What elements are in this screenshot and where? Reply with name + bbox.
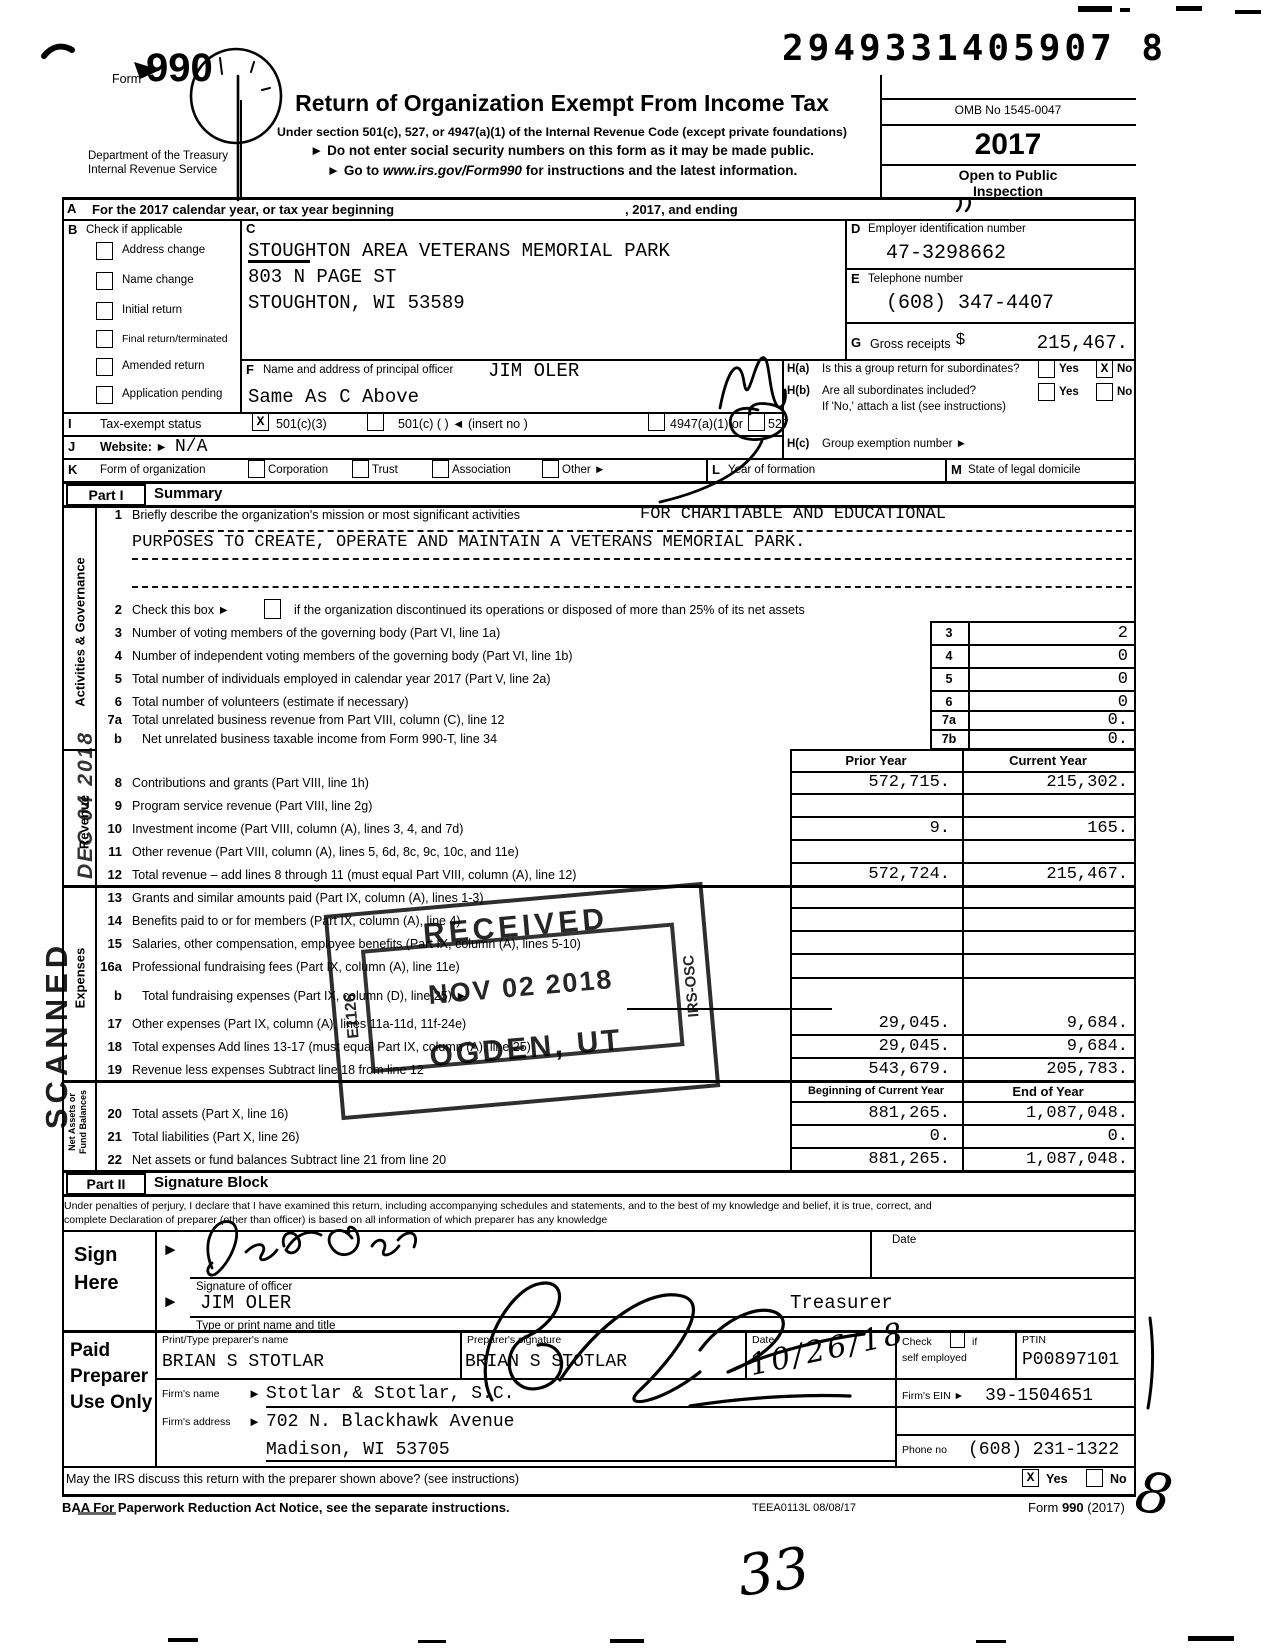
count-label: Number of independent voting members of … bbox=[132, 649, 573, 663]
officer-title: Treasurer bbox=[790, 1292, 893, 1314]
divider bbox=[895, 1434, 1136, 1436]
divider bbox=[62, 412, 782, 414]
section-f-letter: F bbox=[246, 362, 254, 377]
checkbox-trust bbox=[352, 460, 369, 478]
check-if-label: if bbox=[972, 1336, 977, 1348]
label-address-change: Address change bbox=[122, 244, 205, 256]
line-a-letter: A bbox=[67, 201, 76, 216]
divider bbox=[240, 100, 242, 197]
arrow-icon: ► bbox=[162, 1240, 179, 1260]
firm-name-label: Firm's name bbox=[162, 1388, 219, 1400]
divider bbox=[962, 749, 964, 1170]
prior-value: 543,679. bbox=[792, 1060, 950, 1079]
line-number: 13 bbox=[88, 890, 122, 905]
label-application-pending: Application pending bbox=[122, 388, 222, 400]
pen-quote-mark bbox=[957, 198, 970, 211]
line-i-letter: I bbox=[68, 416, 72, 431]
line-number: 6 bbox=[88, 694, 122, 709]
ha-no-label: No bbox=[1117, 363, 1132, 375]
preparer-sig-label: Preparer's signature bbox=[467, 1334, 561, 1346]
use-only-word: Use Only bbox=[70, 1392, 152, 1414]
scan-artifact bbox=[1120, 8, 1130, 12]
firm-ein-value: 39-1504651 bbox=[985, 1386, 1093, 1406]
bullet2-url: www.irs.gov/Form990 bbox=[383, 163, 522, 178]
divider bbox=[240, 359, 1136, 361]
divider bbox=[266, 1460, 895, 1462]
divider bbox=[782, 359, 784, 458]
col-header-beginning: Beginning of Current Year bbox=[790, 1085, 962, 1097]
divider bbox=[62, 435, 782, 437]
scanned-stamp-date: DEC 04 2018 bbox=[74, 731, 98, 879]
department-line1: Department of the Treasury bbox=[88, 150, 228, 162]
org-name: STOUGHTON AREA VETERANS MEMORIAL PARK bbox=[248, 240, 670, 262]
checkbox-501c3: X bbox=[252, 413, 269, 431]
line-number: 5 bbox=[88, 671, 122, 686]
end-value: 1,087,048. bbox=[968, 1104, 1128, 1123]
ha-yes-label: Yes bbox=[1059, 363, 1079, 375]
line-number: 14 bbox=[88, 913, 122, 928]
divider bbox=[930, 690, 1136, 692]
pen-circle-marks bbox=[220, 58, 270, 90]
checkbox-discuss-yes: X bbox=[1022, 1469, 1039, 1487]
count-box-number: 3 bbox=[930, 626, 968, 640]
org-city: STOUGHTON, WI 53589 bbox=[248, 292, 465, 314]
label-corporation: Corporation bbox=[268, 464, 328, 476]
ha-letter: H(a) bbox=[787, 363, 809, 375]
col-header-prior-year: Prior Year bbox=[790, 753, 962, 768]
count-label: Number of voting members of the governin… bbox=[132, 626, 500, 640]
form-footer: Form 990 (2017) bbox=[1028, 1500, 1125, 1515]
count-label: Total number of volunteers (estimate if … bbox=[132, 695, 409, 709]
perjury-line1: Under penalties of perjury, I declare th… bbox=[64, 1200, 932, 1212]
divider bbox=[62, 1494, 1136, 1497]
handwritten-mark-33: 33 bbox=[734, 1535, 814, 1609]
checkbox-4947a1 bbox=[648, 413, 665, 431]
count-value: 0. bbox=[975, 711, 1128, 730]
line-number: 1 bbox=[88, 507, 122, 522]
divider bbox=[1015, 1330, 1017, 1378]
open-to-public-1: Open to Public bbox=[880, 167, 1136, 183]
divider bbox=[790, 1147, 1136, 1149]
current-value: 215,467. bbox=[968, 865, 1128, 884]
handwritten-preparer-date: 10/26/18 bbox=[746, 1316, 909, 1383]
divider bbox=[62, 1170, 1136, 1173]
divider bbox=[155, 1378, 1136, 1380]
arrow-icon: ► bbox=[248, 1414, 261, 1429]
checkbox-discuss-no bbox=[1086, 1469, 1103, 1487]
checkbox-hb-yes bbox=[1038, 383, 1055, 401]
divider bbox=[240, 219, 242, 412]
line-j-label: Website: ► bbox=[100, 440, 168, 454]
date-label: Date bbox=[892, 1234, 916, 1246]
prior-value: 29,045. bbox=[792, 1014, 950, 1033]
part1-title: Summary bbox=[154, 485, 222, 502]
row-label: Investment income (Part VIII, column (A)… bbox=[132, 822, 463, 836]
row-label: Net assets or fund balances Subtract lin… bbox=[132, 1153, 446, 1167]
row-label: Contributions and grants (Part VIII, lin… bbox=[132, 776, 369, 790]
divider bbox=[62, 1194, 1136, 1197]
label-501c-other: 501(c) ( ) ◄ (insert no ) bbox=[398, 417, 528, 431]
phone-value: (608) 347-4407 bbox=[886, 292, 1054, 315]
department-line2: Internal Revenue Service bbox=[88, 164, 217, 176]
line-number: 4 bbox=[88, 648, 122, 663]
arrow-icon: ► bbox=[162, 1292, 179, 1312]
count-label: Net unrelated business taxable income fr… bbox=[142, 732, 497, 746]
checkbox-501c-other bbox=[367, 413, 384, 431]
firm-address-label: Firm's address bbox=[162, 1416, 231, 1428]
line-number: 16a bbox=[88, 959, 122, 974]
line-number: 7a bbox=[88, 712, 122, 727]
line-k-letter: K bbox=[68, 462, 77, 477]
firm-name-value: Stotlar & Stotlar, S.C. bbox=[266, 1384, 514, 1404]
preparer-typed-name: BRIAN S STOTLAR bbox=[162, 1352, 324, 1372]
line2-label: Check this box ► bbox=[132, 603, 230, 617]
divider bbox=[190, 1316, 1136, 1318]
omb-number: OMB No 1545-0047 bbox=[880, 103, 1136, 117]
count-box-number: 5 bbox=[930, 672, 968, 686]
section-b-letter: B bbox=[68, 222, 77, 237]
discuss-yes-label: Yes bbox=[1046, 1472, 1068, 1486]
form-footer-number: 990 bbox=[1062, 1500, 1084, 1515]
line-j-letter: J bbox=[68, 439, 75, 454]
prior-value: 572,715. bbox=[792, 773, 950, 792]
scan-artifact bbox=[1235, 10, 1261, 14]
line-number: 18 bbox=[88, 1039, 122, 1054]
divider bbox=[62, 1330, 1136, 1333]
count-box-number: 7b bbox=[930, 732, 968, 746]
scan-artifact bbox=[78, 1512, 116, 1515]
form-footer-pre: Form bbox=[1028, 1500, 1062, 1515]
pen-flick-top-left bbox=[44, 47, 72, 56]
divider bbox=[930, 621, 1136, 623]
line-number: 17 bbox=[88, 1016, 122, 1031]
hc-letter: H(c) bbox=[787, 438, 809, 450]
line-number: 3 bbox=[88, 625, 122, 640]
current-value: 215,302. bbox=[968, 773, 1128, 792]
line-number: b bbox=[88, 988, 122, 1003]
divider bbox=[460, 1330, 462, 1378]
checkbox-527 bbox=[748, 413, 765, 431]
tax-year: 2017 bbox=[880, 128, 1136, 162]
preparer-sig-typed: BRIAN S STOTLAR bbox=[465, 1352, 627, 1372]
section-e-label: Telephone number bbox=[868, 273, 963, 285]
bullet2-post: for instructions and the latest informat… bbox=[522, 163, 797, 178]
received-stamp-left-code: E1126 bbox=[342, 992, 364, 1039]
checkbox-other bbox=[542, 460, 559, 478]
sidebar-activities-governance: Activities & Governance bbox=[73, 557, 88, 707]
line-k-label: Form of organization bbox=[100, 464, 205, 476]
hc-text: Group exemption number ► bbox=[822, 438, 967, 450]
label-other: Other ► bbox=[562, 464, 605, 476]
gross-receipts-value: 215,467. bbox=[964, 332, 1128, 354]
label-initial-return: Initial return bbox=[122, 304, 182, 316]
firm-address-value: 702 N. Blackhawk Avenue bbox=[266, 1412, 514, 1432]
count-value: 0 bbox=[975, 647, 1128, 666]
divider bbox=[845, 322, 1134, 324]
ein-value: 47-3298662 bbox=[886, 242, 1006, 265]
checkbox-address-change bbox=[96, 242, 113, 260]
ptin-label: PTIN bbox=[1022, 1334, 1046, 1346]
count-label: Total unrelated business revenue from Pa… bbox=[132, 713, 504, 727]
count-value: 2 bbox=[975, 624, 1128, 643]
part1-box: Part I bbox=[66, 484, 146, 506]
hb-letter: H(b) bbox=[787, 385, 810, 397]
checkbox-ha-no: X bbox=[1096, 360, 1113, 378]
divider bbox=[62, 219, 1136, 221]
divider bbox=[266, 1406, 1136, 1408]
phone-label: Phone no bbox=[902, 1444, 947, 1456]
checkbox-ha-yes bbox=[1038, 360, 1055, 378]
barcode-number: 2949331405907 8 bbox=[782, 28, 1167, 69]
divider bbox=[790, 1057, 1136, 1059]
divider bbox=[880, 164, 1136, 166]
org-address: 803 N PAGE ST bbox=[248, 266, 396, 288]
checkbox-corporation bbox=[248, 460, 265, 478]
here-word: Here bbox=[74, 1272, 118, 1295]
checkbox-final-return bbox=[96, 330, 113, 348]
line-number: 19 bbox=[88, 1062, 122, 1077]
baa-notice: BAA For Paperwork Reduction Act Notice, … bbox=[62, 1500, 510, 1515]
divider bbox=[930, 644, 1136, 646]
scan-artifact bbox=[168, 1638, 198, 1642]
divider bbox=[930, 667, 1136, 669]
form-word: Form bbox=[112, 72, 141, 86]
line2-rest: if the organization discontinued its ope… bbox=[294, 603, 805, 617]
scan-artifact bbox=[1176, 6, 1202, 11]
line-number: 21 bbox=[88, 1129, 122, 1144]
line-number: 2 bbox=[88, 602, 122, 617]
arrow-icon: ► bbox=[248, 1386, 261, 1401]
officer-typed-name: JIM OLER bbox=[200, 1292, 291, 1314]
divider bbox=[790, 1034, 1136, 1036]
section-b-label: Check if applicable bbox=[86, 224, 183, 236]
divider bbox=[62, 1466, 1136, 1468]
label-501c3: 501(c)(3) bbox=[276, 417, 327, 431]
col-header-current-year: Current Year bbox=[962, 753, 1134, 768]
discuss-no-label: No bbox=[1110, 1472, 1127, 1486]
section-g-letter: G bbox=[851, 335, 861, 350]
label-final-return: Final return/terminated bbox=[122, 333, 228, 345]
scanned-stamp-word: SCANNED bbox=[39, 941, 75, 1129]
line-a-text2: , 2017, and ending bbox=[625, 202, 738, 217]
label-527: 527 bbox=[768, 417, 789, 431]
divider bbox=[62, 481, 1136, 484]
mission-text-2: PURPOSES TO CREATE, OPERATE AND MAINTAIN… bbox=[132, 533, 805, 552]
line-number: 22 bbox=[88, 1152, 122, 1167]
current-value: 9,684. bbox=[968, 1014, 1128, 1033]
section-c-letter: C bbox=[246, 221, 255, 236]
count-box-number: 7a bbox=[930, 713, 968, 727]
divider bbox=[870, 1230, 872, 1277]
perjury-line2: complete Declaration of preparer (other … bbox=[64, 1214, 607, 1226]
line-l-label: Year of formation bbox=[728, 464, 815, 476]
divider bbox=[790, 1101, 1136, 1103]
label-association: Association bbox=[452, 464, 511, 476]
row-label: Total revenue – add lines 8 through 11 (… bbox=[132, 868, 576, 882]
part2-box: Part II bbox=[66, 1173, 146, 1195]
divider bbox=[790, 816, 1136, 818]
mission-text-1: FOR CHARITABLE AND EDUCATIONAL bbox=[640, 505, 946, 524]
divider bbox=[880, 124, 1136, 126]
dashed-line bbox=[132, 586, 1132, 588]
same-as-c-above: Same As C Above bbox=[248, 386, 419, 408]
checkbox-name-change bbox=[96, 272, 113, 290]
hb-yes-label: Yes bbox=[1059, 386, 1079, 398]
section-d-letter: D bbox=[851, 221, 860, 236]
divider bbox=[790, 839, 1136, 841]
sign-word: Sign bbox=[74, 1244, 117, 1267]
underline-mark bbox=[248, 260, 310, 263]
divider bbox=[880, 98, 1136, 100]
divider bbox=[62, 885, 1136, 888]
prior-value: 29,045. bbox=[792, 1037, 950, 1056]
form-990-scan-page: 2949331405907 8 Form 990 Department of t… bbox=[0, 0, 1264, 1648]
line-l-letter: L bbox=[712, 462, 720, 477]
scan-artifact bbox=[1188, 1636, 1234, 1641]
divider bbox=[790, 862, 1136, 864]
label-trust: Trust bbox=[372, 464, 398, 476]
dashed-line bbox=[168, 530, 1132, 532]
checkbox-association bbox=[432, 460, 449, 478]
line-m-label: State of legal domicile bbox=[968, 464, 1081, 476]
count-box-number: 6 bbox=[930, 695, 968, 709]
mission-label: Briefly describe the organization's miss… bbox=[132, 508, 520, 522]
current-value: 9,684. bbox=[968, 1037, 1128, 1056]
line-i-label: Tax-exempt status bbox=[100, 417, 201, 431]
ptin-value: P00897101 bbox=[1022, 1350, 1119, 1370]
row-label: Other revenue (Part VIII, column (A), li… bbox=[132, 845, 519, 859]
divider bbox=[62, 458, 1136, 460]
line-number: 15 bbox=[88, 936, 122, 951]
checkbox-discontinued bbox=[264, 599, 281, 619]
count-box-number: 4 bbox=[930, 649, 968, 663]
part2-title: Signature Block bbox=[154, 1174, 268, 1191]
divider bbox=[790, 977, 1136, 979]
phone-value2: (608) 231-1322 bbox=[968, 1440, 1119, 1460]
sidebar-net-assets-line2: Fund Balances bbox=[78, 1090, 89, 1154]
divider bbox=[790, 793, 1136, 795]
row-label: Total assets (Part X, line 16) bbox=[132, 1107, 288, 1121]
divider bbox=[155, 1330, 157, 1466]
prior-value: 572,724. bbox=[792, 865, 950, 884]
checkbox-amended-return bbox=[96, 358, 113, 376]
form-title: Return of Organization Exempt From Incom… bbox=[252, 90, 872, 117]
divider bbox=[790, 953, 1136, 955]
received-stamp: RECEIVED NOV 02 2018 OGDEN, UT E1126 IRS… bbox=[324, 882, 721, 1120]
frame-line bbox=[1134, 197, 1136, 1494]
scan-artifact bbox=[418, 1640, 446, 1643]
firm-city-value: Madison, WI 53705 bbox=[266, 1440, 450, 1460]
checkbox-self-employed bbox=[950, 1332, 965, 1348]
form-bullet-2: ► Go to www.irs.gov/Form990 for instruct… bbox=[250, 163, 874, 178]
firm-ein-label: Firm's EIN ► bbox=[902, 1390, 964, 1402]
count-label: Total number of individuals employed in … bbox=[132, 672, 551, 686]
prior-value: 9. bbox=[792, 819, 950, 838]
hb-text: Are all subordinates included? bbox=[822, 385, 976, 397]
pen-scribble-ha bbox=[720, 358, 785, 408]
line-a-text: For the 2017 calendar year, or tax year … bbox=[92, 202, 394, 217]
checkbox-initial-return bbox=[96, 302, 113, 320]
label-amended-return: Amended return bbox=[122, 360, 204, 372]
discuss-question: May the IRS discuss this return with the… bbox=[66, 1472, 519, 1486]
section-d-label: Employer identification number bbox=[868, 223, 1026, 235]
line-number: 20 bbox=[88, 1106, 122, 1121]
current-value: 165. bbox=[968, 819, 1128, 838]
divider bbox=[62, 1230, 1136, 1232]
count-value: 0. bbox=[975, 730, 1128, 749]
pen-stroke-right-edge bbox=[1148, 1318, 1152, 1408]
row-label: Program service revenue (Part VIII, line… bbox=[132, 799, 372, 813]
checkbox-hb-no bbox=[1096, 383, 1113, 401]
end-value: 0. bbox=[968, 1127, 1128, 1146]
divider bbox=[845, 268, 1134, 270]
paid-word: Paid bbox=[70, 1340, 110, 1362]
divider bbox=[706, 458, 708, 481]
divider bbox=[790, 907, 1136, 909]
section-e-letter: E bbox=[851, 271, 860, 286]
handwritten-mark-8: 8 bbox=[1131, 1459, 1177, 1529]
bullet2-pre: ► Go to bbox=[327, 163, 383, 178]
self-employed-label: self employed bbox=[902, 1352, 967, 1364]
col-header-end: End of Year bbox=[962, 1084, 1134, 1099]
current-value: 205,783. bbox=[968, 1060, 1128, 1079]
divider bbox=[790, 1124, 1136, 1126]
begin-value: 881,265. bbox=[792, 1104, 950, 1123]
row-label: Total liabilities (Part X, line 26) bbox=[132, 1130, 299, 1144]
ha-text: Is this a group return for subordinates? bbox=[822, 363, 1020, 375]
frame-line bbox=[62, 197, 64, 1494]
line-m-letter: M bbox=[951, 462, 962, 477]
form-subtitle: Under section 501(c), 527, or 4947(a)(1)… bbox=[250, 125, 874, 139]
preparer-name-label: Print/Type preparer's name bbox=[162, 1334, 288, 1346]
preparer-word: Preparer bbox=[70, 1366, 148, 1388]
scan-artifact bbox=[976, 1640, 1006, 1643]
divider bbox=[155, 1230, 157, 1330]
count-value: 0 bbox=[975, 670, 1128, 689]
hb-note: If 'No,' attach a list (see instructions… bbox=[822, 401, 1006, 413]
begin-value: 881,265. bbox=[792, 1150, 950, 1169]
label-4947a1: 4947(a)(1) or bbox=[670, 417, 743, 431]
scan-artifact bbox=[610, 1639, 644, 1643]
checkbox-application-pending bbox=[96, 386, 113, 404]
principal-officer-name: JIM OLER bbox=[488, 360, 579, 382]
dashed-line bbox=[132, 558, 1132, 560]
frame-line bbox=[62, 197, 1136, 200]
section-f-label: Name and address of principal officer bbox=[263, 364, 453, 376]
form-bullet-1: ► Do not enter social security numbers o… bbox=[250, 143, 874, 158]
form-code: TEEA0113L 08/08/17 bbox=[752, 1502, 856, 1514]
label-name-change: Name change bbox=[122, 274, 194, 286]
begin-value: 0. bbox=[792, 1127, 950, 1146]
form-number: 990 bbox=[146, 46, 213, 91]
form-footer-post: (2017) bbox=[1084, 1500, 1125, 1515]
hb-no-label: No bbox=[1117, 386, 1132, 398]
end-value: 1,087,048. bbox=[968, 1150, 1128, 1169]
divider bbox=[790, 930, 1136, 932]
signature-line bbox=[190, 1277, 1136, 1279]
website-value: N/A bbox=[175, 437, 207, 457]
row-label: Grants and similar amounts paid (Part IX… bbox=[132, 891, 484, 905]
divider bbox=[845, 219, 847, 359]
section-g-label: Gross receipts bbox=[870, 337, 951, 351]
divider bbox=[945, 458, 947, 481]
scan-artifact bbox=[1078, 6, 1112, 12]
